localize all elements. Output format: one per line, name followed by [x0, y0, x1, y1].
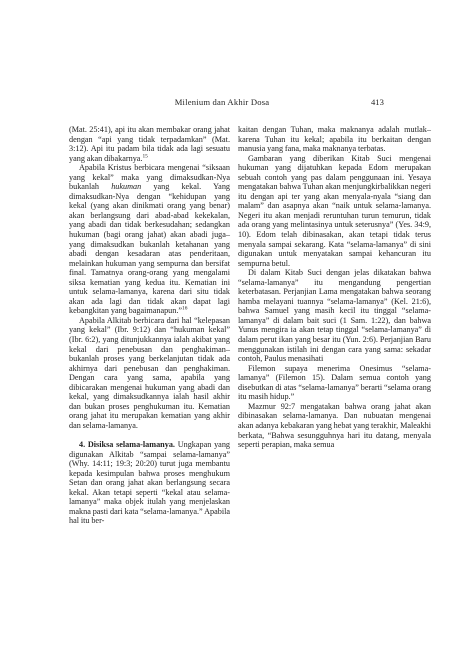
book-page: Milenium dan Akhir Dosa 413 (Mat. 25:41)… [0, 0, 460, 650]
paragraph: 4. Disiksa selama-lamanya. Ungkapan yang… [69, 440, 230, 526]
left-column: (Mat. 25:41), api itu akan membakar oran… [69, 125, 230, 526]
page-number: 413 [371, 97, 384, 107]
body-text: Ungkapan yang digunakan Alkitab “sampai … [69, 440, 230, 525]
body-text: kaitan dengan Tuhan, maka maknanya adala… [238, 125, 431, 153]
paragraph: Gambaran yang diberikan Kitab Suci menge… [238, 154, 431, 269]
section-heading: 4. Disiksa selama-lamanya. [79, 440, 175, 449]
paragraph: Filemon supaya menerima Onesimus “selama… [238, 364, 431, 402]
body-text: yang kekal. Yang dimaksudkan-Nya dengan … [69, 182, 230, 315]
body-text: Gambaran yang diberikan Kitab Suci menge… [238, 154, 431, 268]
paragraph: Di dalam Kitab Suci dengan jelas dikatak… [238, 268, 431, 363]
body-text: Mazmur 92:7 mengatakan bahwa orang jahat… [238, 402, 431, 449]
right-column: kaitan dengan Tuhan, maka maknanya adala… [238, 125, 431, 450]
emphasis-text: hukuman [111, 182, 141, 191]
body-text: Di dalam Kitab Suci dengan jelas dikatak… [238, 268, 431, 363]
paragraph: Mazmur 92:7 mengatakan bahwa orang jahat… [238, 402, 431, 450]
paragraph: kaitan dengan Tuhan, maka maknanya adala… [238, 125, 431, 154]
body-text: Apabila Alkitab berbicara dari hal “kele… [69, 316, 230, 430]
footnote-ref: 16 [182, 306, 187, 312]
footnote-ref: 15 [142, 153, 147, 159]
paragraph: Apabila Alkitab berbicara dari hal “kele… [69, 316, 230, 431]
body-text: Filemon supaya menerima Onesimus “selama… [238, 364, 431, 402]
paragraph: Apabila Kristus berbicara mengenai “siks… [69, 163, 230, 316]
paragraph: (Mat. 25:41), api itu akan membakar oran… [69, 125, 230, 163]
body-text: (Mat. 25:41), api itu akan membakar oran… [69, 125, 230, 163]
